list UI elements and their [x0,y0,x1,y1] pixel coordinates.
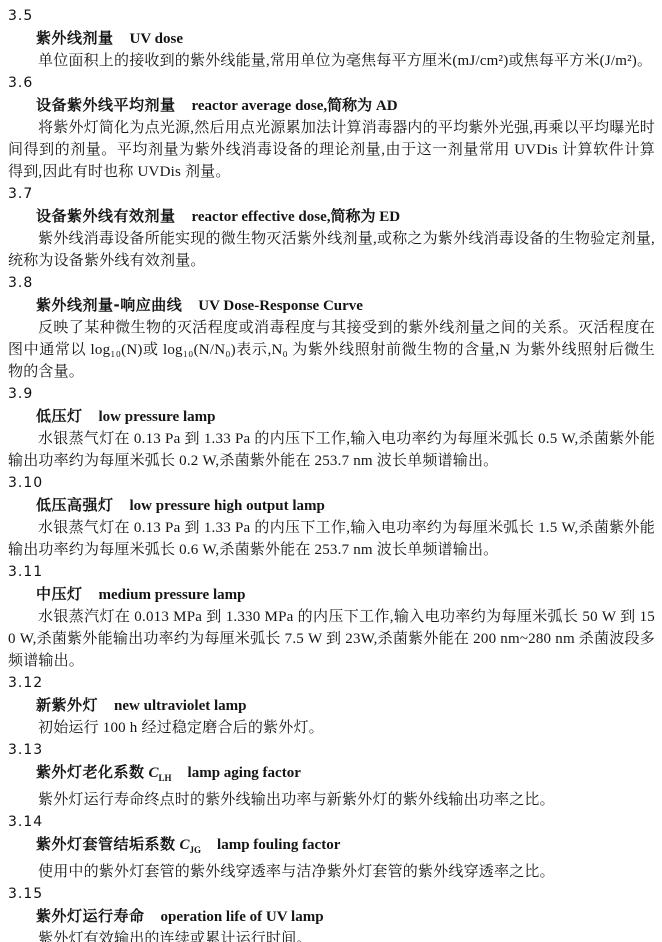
term-heading: 设备紫外线有效剂量reactor effective dose,简称为 ED [8,205,655,228]
term-heading: 中压灯medium pressure lamp [8,583,655,606]
terminology-section: 3.5 紫外线剂量UV dose 单位面积上的接收到的紫外线能量,常用单位为毫焦… [8,5,655,72]
term-heading: 紫外灯运行寿命operation life of UV lamp [8,905,655,928]
terminology-section: 3.15 紫外灯运行寿命operation life of UV lamp 紫外… [8,883,655,942]
term-chinese: 低压灯 [36,407,83,425]
definition-text: 水银蒸气灯在 0.13 Pa 到 1.33 Pa 的内压下工作,输入电功率约为每… [8,517,655,561]
term-symbol-subscript: LH [159,773,172,783]
term-english: new ultraviolet lamp [114,698,247,714]
terminology-sections: 3.5 紫外线剂量UV dose 单位面积上的接收到的紫外线能量,常用单位为毫焦… [8,5,655,942]
term-heading: 紫外灯套管结垢系数CJGlamp fouling factor [8,833,655,861]
terminology-section: 3.13 紫外灯老化系数CLHlamp aging factor 紫外灯运行寿命… [8,739,655,811]
terminology-section: 3.6 设备紫外线平均剂量reactor average dose,简称为 AD… [8,72,655,183]
terminology-section: 3.8 紫外线剂量-响应曲线UV Dose-Response Curve 反映了… [8,272,655,383]
section-number: 3.13 [8,739,655,761]
definition-text: 紫外线消毒设备所能实现的微生物灭活紫外线剂量,或称之为紫外线消毒设备的生物验定剂… [8,228,655,272]
term-english: reactor effective dose,简称为 ED [192,209,401,225]
definition-text: 单位面积上的接收到的紫外线能量,常用单位为毫焦每平方厘米(mJ/cm²)或焦每平… [8,50,655,72]
term-heading: 设备紫外线平均剂量reactor average dose,简称为 AD [8,94,655,117]
term-chinese: 紫外灯老化系数 [36,763,145,781]
term-chinese: 低压高强灯 [36,496,114,514]
term-chinese: 紫外灯运行寿命 [36,907,145,925]
term-english: low pressure high output lamp [130,498,325,514]
term-heading: 新紫外灯new ultraviolet lamp [8,694,655,717]
term-english: operation life of UV lamp [161,909,324,925]
term-english: lamp aging factor [188,765,301,781]
definition-text: 水银蒸汽灯在 0.013 MPa 到 1.330 MPa 的内压下工作,输入电功… [8,606,655,672]
definition-text: 将紫外灯简化为点光源,然后用点光源累加法计算消毒器内的平均紫外光强,再乘以平均曝… [8,117,655,183]
term-chinese: 设备紫外线平均剂量 [36,96,176,114]
term-english: medium pressure lamp [99,587,246,603]
term-chinese: 设备紫外线有效剂量 [36,207,176,225]
section-number: 3.9 [8,383,655,405]
definition-text: 初始运行 100 h 经过稳定磨合后的紫外灯。 [8,717,655,739]
term-english: reactor average dose,简称为 AD [192,98,398,114]
section-number: 3.12 [8,672,655,694]
document-page: 3.5 紫外线剂量UV dose 单位面积上的接收到的紫外线能量,常用单位为毫焦… [0,0,662,942]
term-heading: 低压高强灯low pressure high output lamp [8,494,655,517]
section-number: 3.6 [8,72,655,94]
term-heading: 紫外线剂量UV dose [8,27,655,50]
section-number: 3.8 [8,272,655,294]
definition-text: 紫外灯有效输出的连续或累计运行时间。 [8,928,655,942]
term-heading: 低压灯low pressure lamp [8,405,655,428]
term-symbol: C [149,765,159,781]
section-number: 3.10 [8,472,655,494]
term-chinese: 新紫外灯 [36,696,98,714]
definition-text: 紫外灯运行寿命终点时的紫外线输出功率与新紫外灯的紫外线输出功率之比。 [8,789,655,811]
section-number: 3.5 [8,5,655,27]
section-number: 3.15 [8,883,655,905]
term-english: low pressure lamp [99,409,216,425]
section-number: 3.7 [8,183,655,205]
term-symbol-subscript: JG [190,845,202,855]
term-english: lamp fouling factor [217,837,340,853]
term-symbol: C [180,837,190,853]
definition-text: 水银蒸气灯在 0.13 Pa 到 1.33 Pa 的内压下工作,输入电功率约为每… [8,428,655,472]
terminology-section: 3.14 紫外灯套管结垢系数CJGlamp fouling factor 使用中… [8,811,655,883]
term-heading: 紫外灯老化系数CLHlamp aging factor [8,761,655,789]
definition-text: 使用中的紫外灯套管的紫外线穿透率与洁净紫外灯套管的紫外线穿透率之比。 [8,861,655,883]
term-heading: 紫外线剂量-响应曲线UV Dose-Response Curve [8,294,655,317]
term-english: UV Dose-Response Curve [198,298,363,314]
terminology-section: 3.10 低压高强灯low pressure high output lamp … [8,472,655,561]
term-chinese: 紫外线剂量 [36,29,114,47]
terminology-section: 3.9 低压灯low pressure lamp 水银蒸气灯在 0.13 Pa … [8,383,655,472]
terminology-section: 3.11 中压灯medium pressure lamp 水银蒸汽灯在 0.01… [8,561,655,672]
term-english: UV dose [130,31,183,47]
term-chinese: 紫外灯套管结垢系数 [36,835,176,853]
terminology-section: 3.7 设备紫外线有效剂量reactor effective dose,简称为 … [8,183,655,272]
terminology-section: 3.12 新紫外灯new ultraviolet lamp 初始运行 100 h… [8,672,655,739]
section-number: 3.11 [8,561,655,583]
section-number: 3.14 [8,811,655,833]
term-chinese: 紫外线剂量-响应曲线 [36,296,182,314]
definition-text: 反映了某种微生物的灭活程度或消毒程度与其接受到的紫外线剂量之间的关系。灭活程度在… [8,317,655,383]
term-chinese: 中压灯 [36,585,83,603]
